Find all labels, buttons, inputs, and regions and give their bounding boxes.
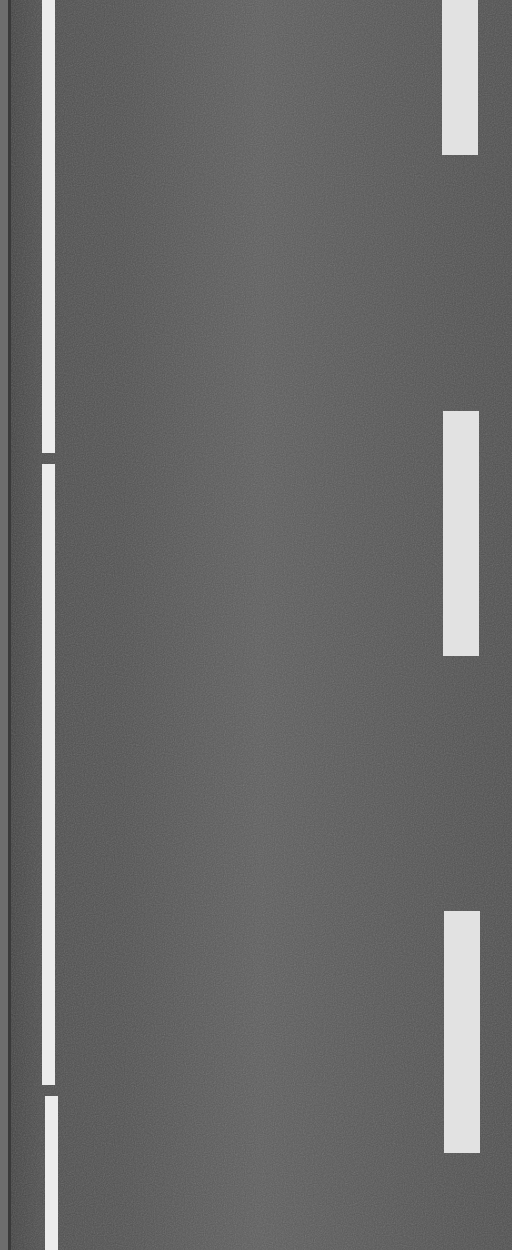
edge-line-segment (45, 1096, 58, 1250)
asphalt-texture (0, 0, 512, 1250)
curb (0, 0, 8, 1250)
lane-dash (442, 0, 478, 155)
lane-dash (444, 911, 480, 1153)
curb-edge (8, 0, 11, 1250)
lane-dash (443, 411, 479, 656)
road-scene: Top-down aerial view of an asphalt road … (0, 0, 512, 1250)
edge-line-segment (42, 464, 55, 1085)
edge-line-segment (42, 0, 55, 453)
